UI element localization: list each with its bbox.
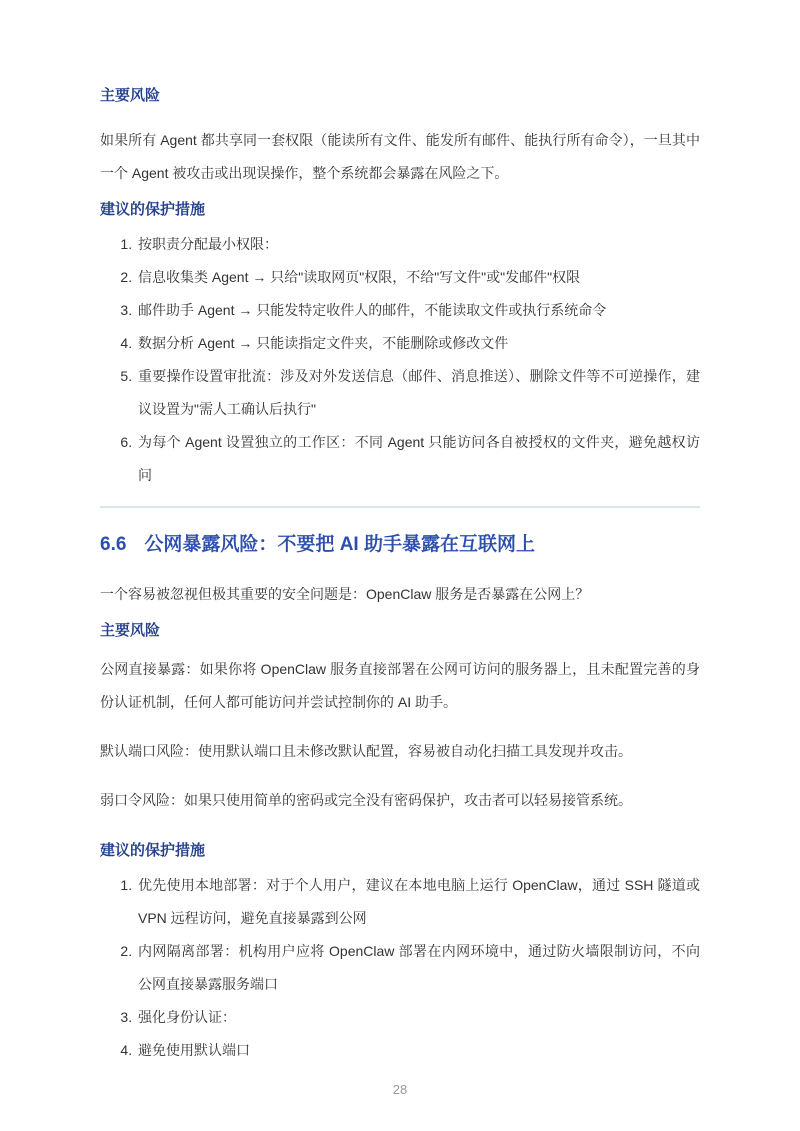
list-item: 数据分析 Agent → 只能读指定文件夹，不能删除或修改文件 bbox=[136, 327, 700, 360]
list-item: 重要操作设置审批流：涉及对外发送信息（邮件、消息推送）、删除文件等不可逆操作，建… bbox=[136, 360, 700, 426]
measures1-list: 按职责分配最小权限： 信息收集类 Agent → 只给"读取网页"权限，不给"写… bbox=[100, 228, 700, 492]
list-item: 避免使用默认端口 bbox=[136, 1034, 700, 1067]
section-66-heading: 6.6公网暴露风险：不要把 AI 助手暴露在互联网上 bbox=[100, 532, 700, 558]
section-number: 6.6 bbox=[100, 532, 126, 558]
list-item: 信息收集类 Agent → 只给"读取网页"权限，不给"写文件"或"发邮件"权限 bbox=[136, 261, 700, 294]
risk1-paragraph: 如果所有 Agent 都共享同一套权限（能读所有文件、能发所有邮件、能执行所有命… bbox=[100, 124, 700, 190]
section-66-intro: 一个容易被忽视但极其重要的安全问题是：OpenClaw 服务是否暴露在公网上？ bbox=[100, 578, 700, 611]
measures1-heading: 建议的保护措施 bbox=[100, 200, 700, 220]
risk2-paragraph-public-exposure: 公网直接暴露：如果你将 OpenClaw 服务直接部署在公网可访问的服务器上，且… bbox=[100, 653, 700, 719]
list-item: 优先使用本地部署：对于个人用户，建议在本地电脑上运行 OpenClaw，通过 S… bbox=[136, 869, 700, 935]
measures2-list: 优先使用本地部署：对于个人用户，建议在本地电脑上运行 OpenClaw，通过 S… bbox=[100, 869, 700, 1067]
list-item: 按职责分配最小权限： bbox=[136, 228, 700, 261]
section-title: 公网暴露风险：不要把 AI 助手暴露在互联网上 bbox=[144, 534, 535, 555]
list-item: 强化身份认证： bbox=[136, 1001, 700, 1034]
risk2-paragraph-default-port: 默认端口风险：使用默认端口且未修改默认配置，容易被自动化扫描工具发现并攻击。 bbox=[100, 735, 700, 768]
list-item: 为每个 Agent 设置独立的工作区：不同 Agent 只能访问各自被授权的文件… bbox=[136, 426, 700, 492]
risk2-paragraph-weak-password: 弱口令风险：如果只使用简单的密码或完全没有密码保护，攻击者可以轻易接管系统。 bbox=[100, 784, 700, 817]
measures2-heading: 建议的保护措施 bbox=[100, 841, 700, 861]
list-item: 邮件助手 Agent → 只能发特定收件人的邮件，不能读取文件或执行系统命令 bbox=[136, 294, 700, 327]
risk2-heading: 主要风险 bbox=[100, 621, 700, 641]
risk1-heading: 主要风险 bbox=[100, 86, 700, 106]
document-page: 主要风险 如果所有 Agent 都共享同一套权限（能读所有文件、能发所有邮件、能… bbox=[0, 0, 800, 1131]
page-number: 28 bbox=[0, 1082, 800, 1097]
list-item: 内网隔离部署：机构用户应将 OpenClaw 部署在内网环境中，通过防火墙限制访… bbox=[136, 935, 700, 1001]
section-divider bbox=[100, 506, 700, 508]
page-content: 主要风险 如果所有 Agent 都共享同一套权限（能读所有文件、能发所有邮件、能… bbox=[0, 0, 800, 1067]
